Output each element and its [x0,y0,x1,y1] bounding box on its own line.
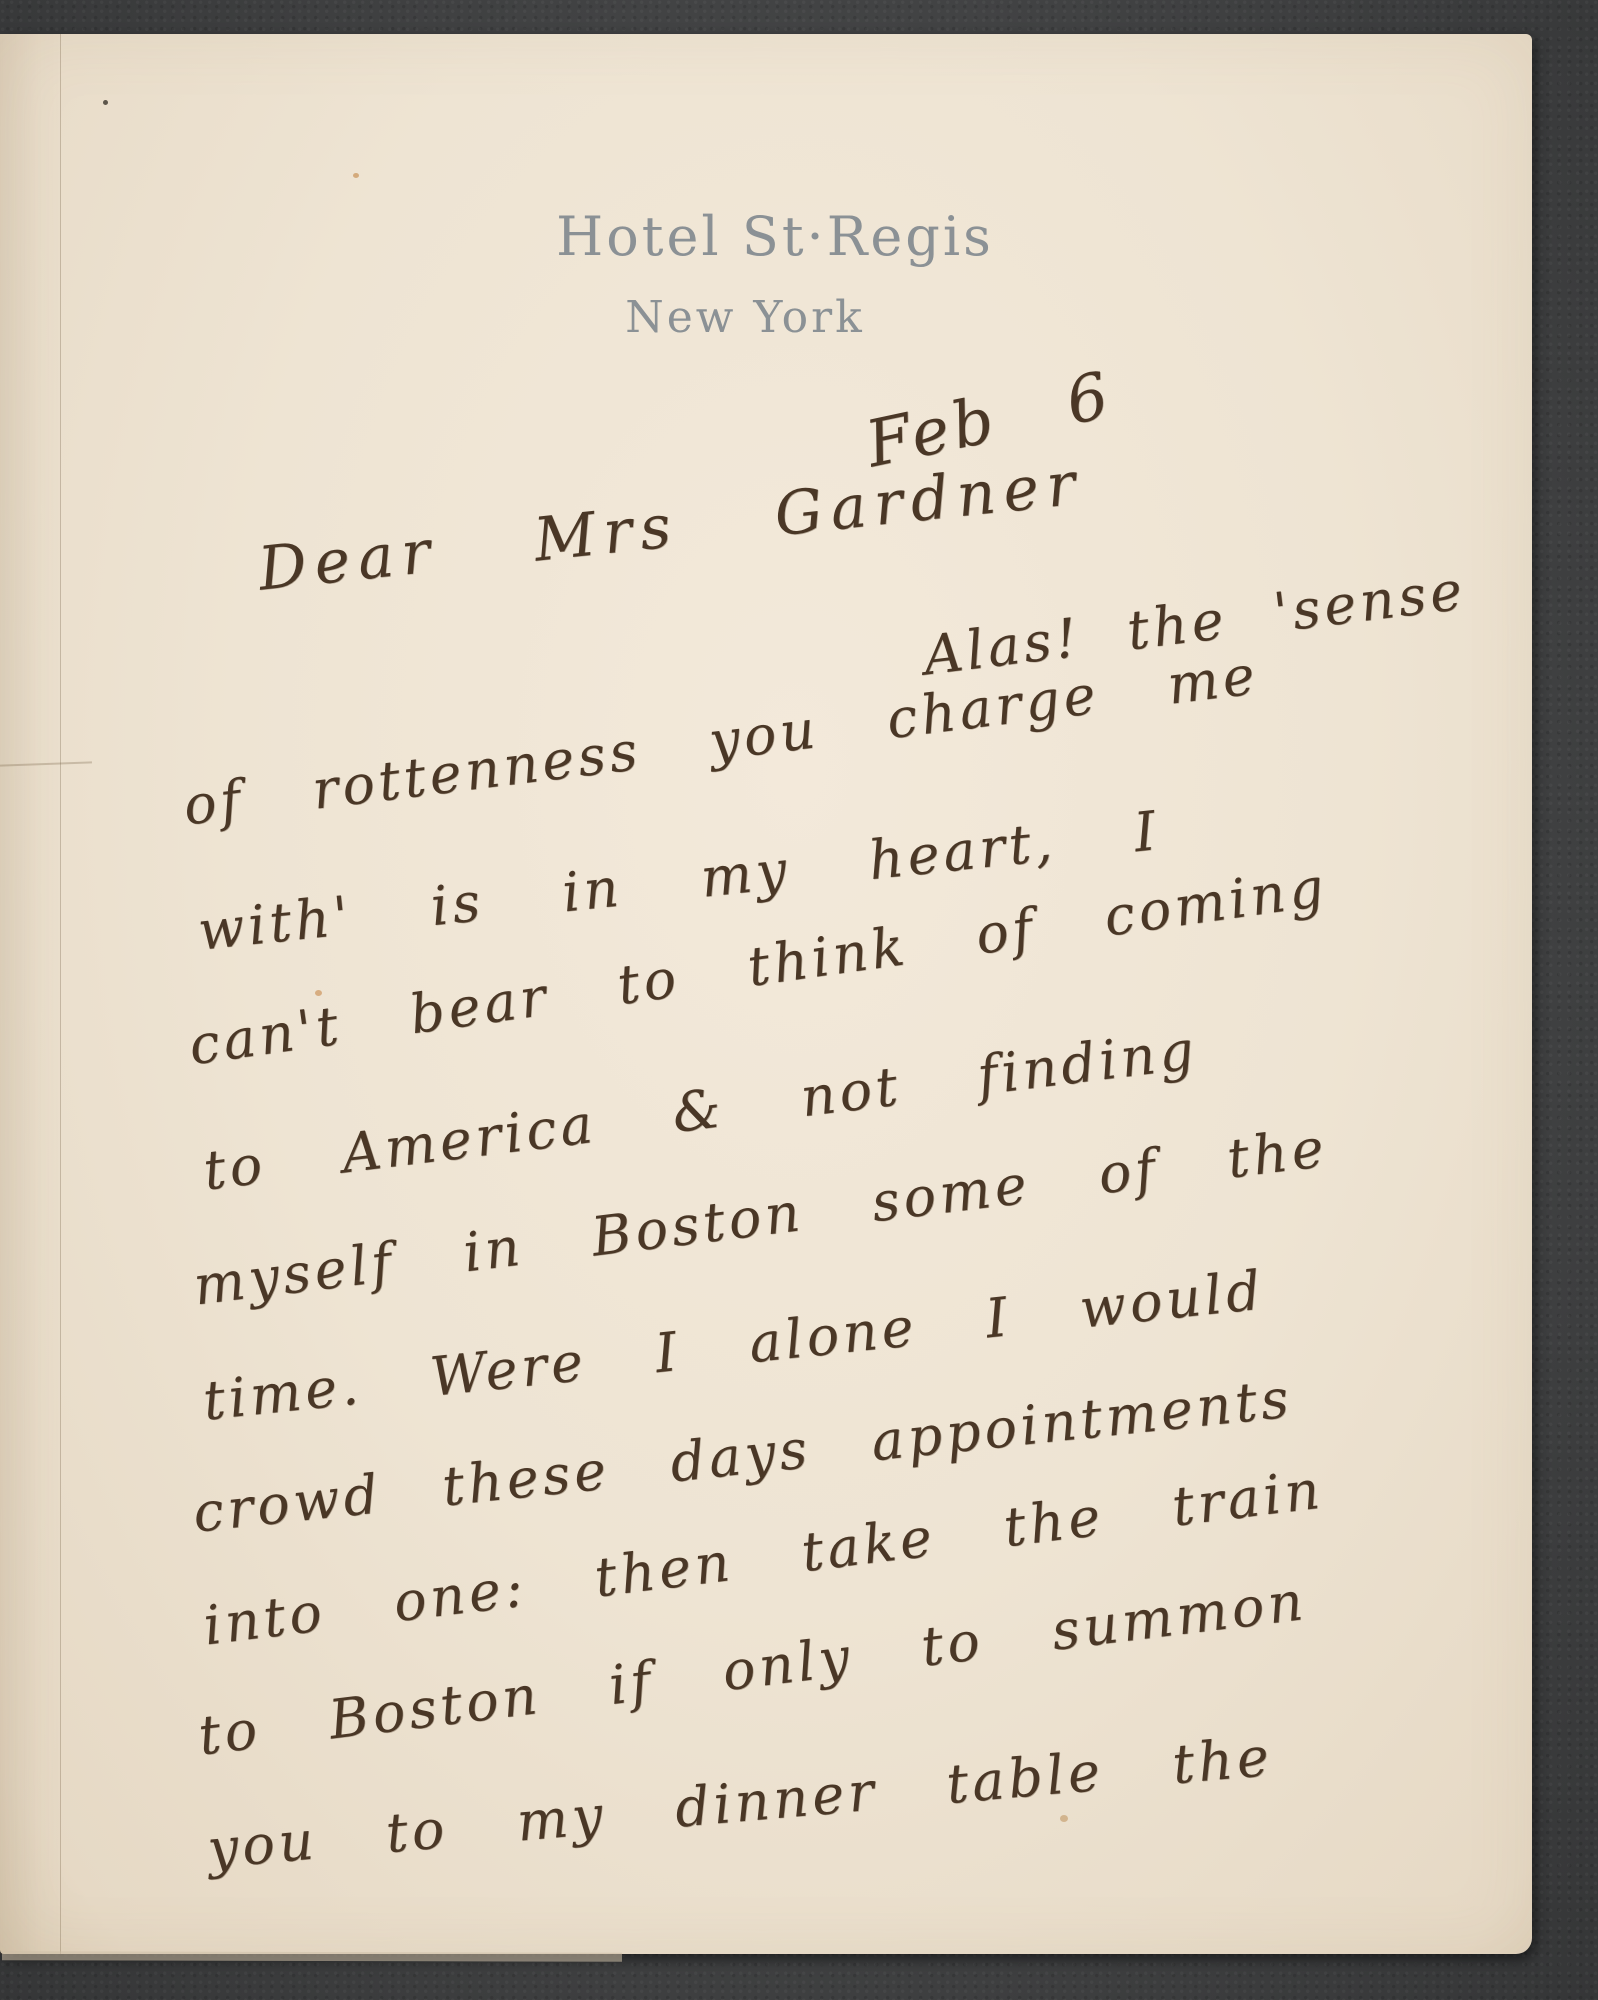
paper-speck [103,100,108,105]
paper-speck [1060,1815,1068,1822]
salutation-line: Dear Mrs Gardner [255,448,1087,604]
letterhead-city: New York [425,292,1065,343]
left-fold-edge [0,34,61,1954]
paper-speck [353,173,359,178]
paper-speck [315,990,322,996]
photo-background: Hotel St·Regis New York Feb 6 Dear Mrs G… [0,0,1598,2000]
back-leaf-edge [2,1951,622,1962]
letterhead-hotel-name: Hotel St·Regis [455,205,1095,268]
letter-page: Hotel St·Regis New York Feb 6 Dear Mrs G… [0,34,1532,1954]
handwritten-line: you to my dinner table the [205,1725,1275,1881]
